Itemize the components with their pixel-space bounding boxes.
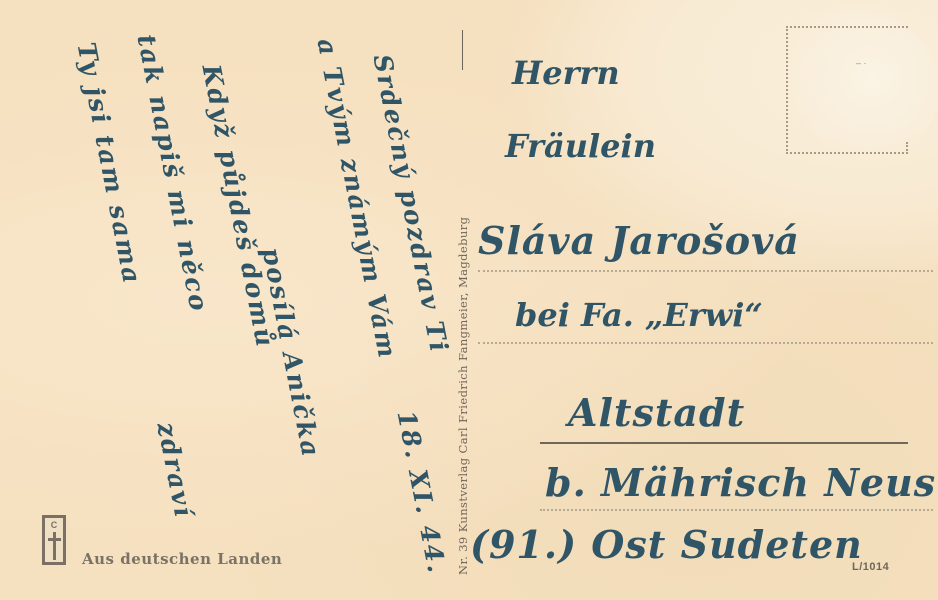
stamp-mark: – · [856, 58, 867, 68]
address-town: Altstadt [568, 390, 745, 435]
address-region: (91.) Ost Sudeten [470, 522, 863, 567]
logo-letter: C [45, 520, 63, 530]
address-district: b. Mährisch Neustadt [545, 460, 938, 505]
message-line-7: zdraví [152, 420, 199, 521]
address-line-3 [540, 509, 933, 511]
message-date: 18. XI. 44. [392, 408, 452, 577]
stamp-box [786, 26, 908, 154]
message-line-6: Ty jsi tam sama [72, 40, 147, 287]
address-line-1 [478, 270, 933, 272]
address-town-underline [540, 442, 908, 444]
logo-cross-horizontal [48, 538, 61, 541]
series-label: Aus deutschen Landen [82, 550, 282, 568]
publisher-imprint: Nr. 39 Kunstverlag Carl Friedrich Fangme… [456, 217, 470, 575]
address-title: Fräulein [505, 127, 656, 165]
logo-cross-vertical [53, 532, 56, 560]
address-salutation: Herrn [512, 54, 620, 92]
cross-logo-icon: C [42, 515, 66, 565]
address-care-of: bei Fa. „Erwi“ [515, 296, 763, 334]
postcard: – · Nr. 39 Kunstverlag Carl Friedrich Fa… [0, 0, 938, 600]
address-line-2 [478, 342, 933, 344]
catalog-code: L/1014 [852, 561, 889, 573]
divider-line [462, 30, 463, 70]
address-name: Sláva Jarošová [478, 218, 800, 263]
